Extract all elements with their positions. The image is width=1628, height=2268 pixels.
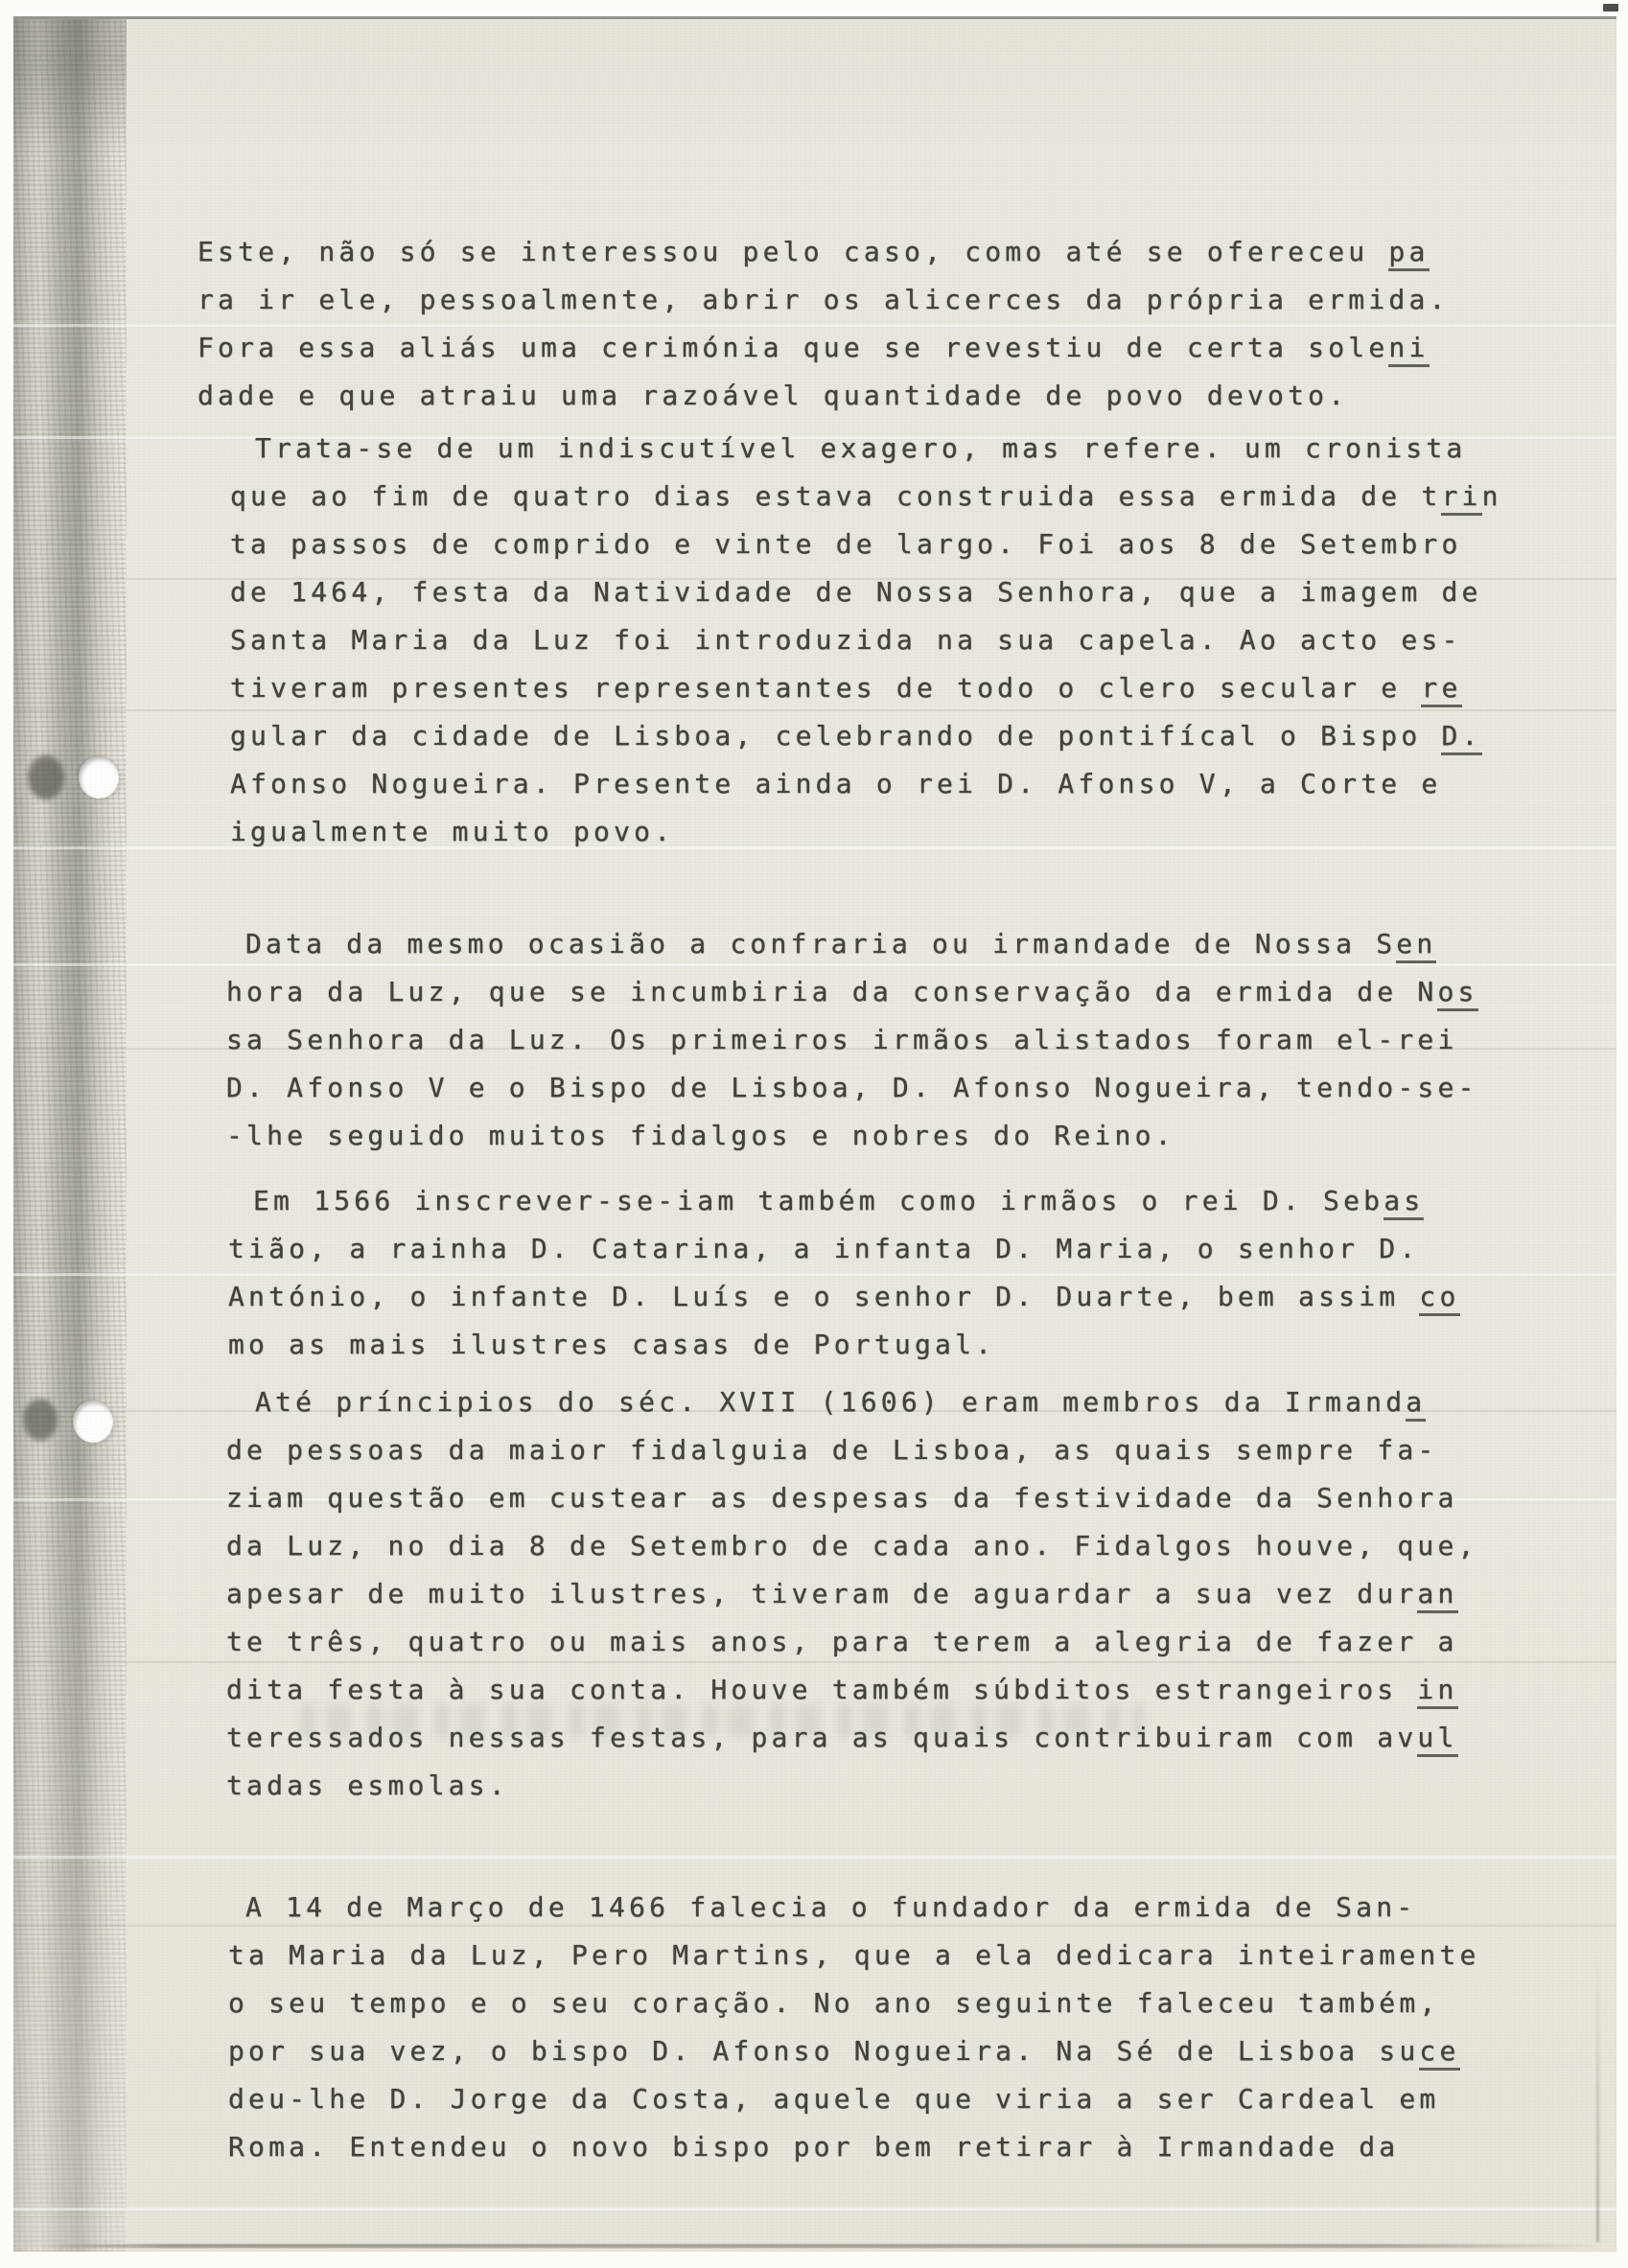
text-line: o seu tempo e o seu coração. No ano segu… bbox=[228, 1979, 1628, 2027]
text-line: da Luz, no dia 8 de Setembro de cada ano… bbox=[226, 1522, 1628, 1570]
text-segment: da Luz, no dia 8 de Setembro de cada ano… bbox=[226, 1530, 1478, 1562]
text-line: hora da Luz, que se incumbiria da conser… bbox=[226, 968, 1628, 1016]
text-segment: Este, não só se interessou pelo caso, co… bbox=[198, 236, 1388, 267]
text-line: de pessoas da maior fidalguia de Lisboa,… bbox=[226, 1426, 1628, 1474]
text-segment: teressados nessas festas, para as quais … bbox=[226, 1722, 1417, 1753]
corner-mark bbox=[1603, 4, 1618, 12]
text-line: gular da cidade de Lisboa, celebrando de… bbox=[230, 712, 1628, 760]
text-segment: deu-lhe D. Jorge da Costa, aquele que vi… bbox=[228, 2083, 1439, 2115]
paragraph: Este, não só se interessou pelo caso, co… bbox=[198, 228, 1628, 420]
typed-underline: ri bbox=[1441, 480, 1481, 516]
text-segment: te três, quatro ou mais anos, para terem… bbox=[226, 1626, 1458, 1657]
text-line: Santa Maria da Luz foi introduzida na su… bbox=[230, 616, 1628, 664]
text-segment: sa Senhora da Luz. Os primeiros irmãos a… bbox=[226, 1024, 1458, 1055]
text-segment: por sua vez, o bispo D. Afonso Nogueira.… bbox=[228, 2035, 1419, 2067]
text-segment: Em 1566 inscrever-se-iam também como irm… bbox=[253, 1185, 1384, 1216]
text-line: Até príncipios do séc. XVII (1606) eram … bbox=[226, 1378, 1628, 1426]
text-line: ra ir ele, pessoalmente, abrir os alicer… bbox=[198, 276, 1628, 324]
text-segment: António, o infante D. Luís e o senhor D.… bbox=[228, 1281, 1419, 1312]
text-segment: ra ir ele, pessoalmente, abrir os alicer… bbox=[198, 284, 1450, 315]
text-line: sa Senhora da Luz. Os primeiros irmãos a… bbox=[226, 1016, 1628, 1064]
text-segment: tiveram presentes representantes de todo… bbox=[230, 672, 1421, 704]
text-line: Afonso Nogueira. Presente ainda o rei D.… bbox=[230, 760, 1628, 808]
text-line: tiveram presentes representantes de todo… bbox=[230, 664, 1628, 712]
text-line: tião, a rainha D. Catarina, a infanta D.… bbox=[228, 1225, 1628, 1273]
text-line: por sua vez, o bispo D. Afonso Nogueira.… bbox=[228, 2027, 1628, 2075]
text-line: deu-lhe D. Jorge da Costa, aquele que vi… bbox=[228, 2075, 1628, 2123]
text-line: A 14 de Março de 1466 falecia o fundador… bbox=[228, 1884, 1628, 1932]
text-line: Trata-se de um indiscutível exagero, mas… bbox=[230, 425, 1628, 473]
text-segment: gular da cidade de Lisboa, celebrando de… bbox=[230, 720, 1441, 752]
text-segment: dade e que atraiu uma razoável quantidad… bbox=[198, 380, 1348, 411]
typed-underline: as bbox=[1384, 1185, 1424, 1220]
text-segment: Roma. Entendeu o novo bispo por bem reti… bbox=[228, 2131, 1399, 2163]
text-line: que ao fim de quatro dias estava constru… bbox=[230, 473, 1628, 521]
text-line: de 1464, festa da Natividade de Nossa Se… bbox=[230, 568, 1628, 616]
text-segment: o seu tempo e o seu coração. No ano segu… bbox=[228, 1987, 1439, 2019]
text-line: igualmente muito povo. bbox=[230, 808, 1628, 856]
text-segment: tião, a rainha D. Catarina, a infanta D.… bbox=[228, 1233, 1419, 1264]
text-segment: hora da Luz, que se incumbiria da conser… bbox=[226, 976, 1437, 1007]
text-segment: apesar de muito ilustres, tiveram de agu… bbox=[226, 1578, 1417, 1609]
typed-underline: ni bbox=[1388, 332, 1429, 367]
text-segment: Data da mesmo ocasião a confraria ou irm… bbox=[245, 928, 1396, 960]
text-line: dita festa à sua conta. Houve também súb… bbox=[226, 1666, 1628, 1714]
typewritten-text: Este, não só se interessou pelo caso, co… bbox=[0, 228, 1628, 2171]
text-line: te três, quatro ou mais anos, para terem… bbox=[226, 1618, 1628, 1666]
paragraph: Trata-se de um indiscutível exagero, mas… bbox=[230, 425, 1628, 856]
typed-underline: ul bbox=[1417, 1722, 1457, 1757]
typed-underline: en bbox=[1396, 928, 1436, 963]
text-segment: D. Afonso V e o Bispo de Lisboa, D. Afon… bbox=[226, 1072, 1478, 1103]
text-line: Fora essa aliás uma cerimónia que se rev… bbox=[198, 324, 1628, 372]
text-segment: ziam questão em custear as despesas da f… bbox=[226, 1482, 1458, 1514]
text-line: D. Afonso V e o Bispo de Lisboa, D. Afon… bbox=[226, 1064, 1628, 1112]
text-segment: que ao fim de quatro dias estava constru… bbox=[230, 480, 1441, 512]
text-segment: Trata-se de um indiscutível exagero, mas… bbox=[255, 432, 1466, 464]
paragraph: Em 1566 inscrever-se-iam também como irm… bbox=[228, 1177, 1628, 1369]
text-segment: de pessoas da maior fidalguia de Lisboa,… bbox=[226, 1434, 1437, 1466]
text-segment: dita festa à sua conta. Houve também súb… bbox=[226, 1674, 1417, 1705]
text-segment: igualmente muito povo. bbox=[230, 816, 674, 847]
text-line: António, o infante D. Luís e o senhor D.… bbox=[228, 1273, 1628, 1321]
text-segment: A 14 de Março de 1466 falecia o fundador… bbox=[245, 1891, 1416, 1923]
typed-underline: pa bbox=[1388, 236, 1429, 271]
text-segment: ta Maria da Luz, Pero Martins, que a ela… bbox=[228, 1939, 1480, 1971]
text-line: ta passos de comprido e vinte de largo. … bbox=[230, 521, 1628, 568]
typed-underline: ce bbox=[1419, 2035, 1459, 2071]
text-line: ta Maria da Luz, Pero Martins, que a ela… bbox=[228, 1932, 1628, 1979]
text-segment: tadas esmolas. bbox=[226, 1770, 509, 1801]
paragraph: Data da mesmo ocasião a confraria ou irm… bbox=[226, 920, 1628, 1160]
scanline bbox=[13, 2208, 1616, 2210]
page-bottom-edge bbox=[40, 2244, 1599, 2248]
typed-underline: a bbox=[1406, 1386, 1426, 1422]
text-segment: Afonso Nogueira. Presente ainda o rei D.… bbox=[230, 768, 1441, 799]
typed-underline: re bbox=[1421, 672, 1461, 707]
typed-underline: an bbox=[1417, 1578, 1457, 1613]
typed-underline: D. bbox=[1441, 720, 1481, 755]
typed-underline: os bbox=[1437, 976, 1477, 1011]
paragraph: A 14 de Março de 1466 falecia o fundador… bbox=[228, 1884, 1628, 2171]
text-line: tadas esmolas. bbox=[226, 1762, 1628, 1810]
text-segment: Fora essa aliás uma cerimónia que se rev… bbox=[198, 332, 1388, 363]
typed-underline: in bbox=[1417, 1674, 1457, 1709]
text-segment: Santa Maria da Luz foi introduzida na su… bbox=[230, 624, 1462, 656]
text-segment: mo as mais ilustres casas de Portugal. bbox=[228, 1329, 995, 1360]
scanned-page-container: Este, não só se interessou pelo caso, co… bbox=[0, 0, 1628, 2268]
text-line: Este, não só se interessou pelo caso, co… bbox=[198, 228, 1628, 276]
text-segment: n bbox=[1482, 480, 1502, 512]
text-segment: ta passos de comprido e vinte de largo. … bbox=[230, 528, 1462, 560]
text-line: Data da mesmo ocasião a confraria ou irm… bbox=[226, 920, 1628, 968]
typed-underline: co bbox=[1419, 1281, 1459, 1316]
text-line: apesar de muito ilustres, tiveram de agu… bbox=[226, 1570, 1628, 1618]
text-segment: Até príncipios do séc. XVII (1606) eram … bbox=[255, 1386, 1406, 1418]
paragraph: Até príncipios do séc. XVII (1606) eram … bbox=[226, 1378, 1628, 1810]
text-line: -lhe seguido muitos fidalgos e nobres do… bbox=[226, 1112, 1628, 1160]
text-line: Roma. Entendeu o novo bispo por bem reti… bbox=[228, 2123, 1628, 2171]
text-segment: -lhe seguido muitos fidalgos e nobres do… bbox=[226, 1120, 1175, 1151]
text-line: dade e que atraiu uma razoável quantidad… bbox=[198, 372, 1628, 420]
text-line: ziam questão em custear as despesas da f… bbox=[226, 1474, 1628, 1522]
text-line: mo as mais ilustres casas de Portugal. bbox=[228, 1321, 1628, 1369]
text-line: Em 1566 inscrever-se-iam também como irm… bbox=[228, 1177, 1628, 1225]
text-line: teressados nessas festas, para as quais … bbox=[226, 1714, 1628, 1762]
text-segment: de 1464, festa da Natividade de Nossa Se… bbox=[230, 576, 1482, 608]
